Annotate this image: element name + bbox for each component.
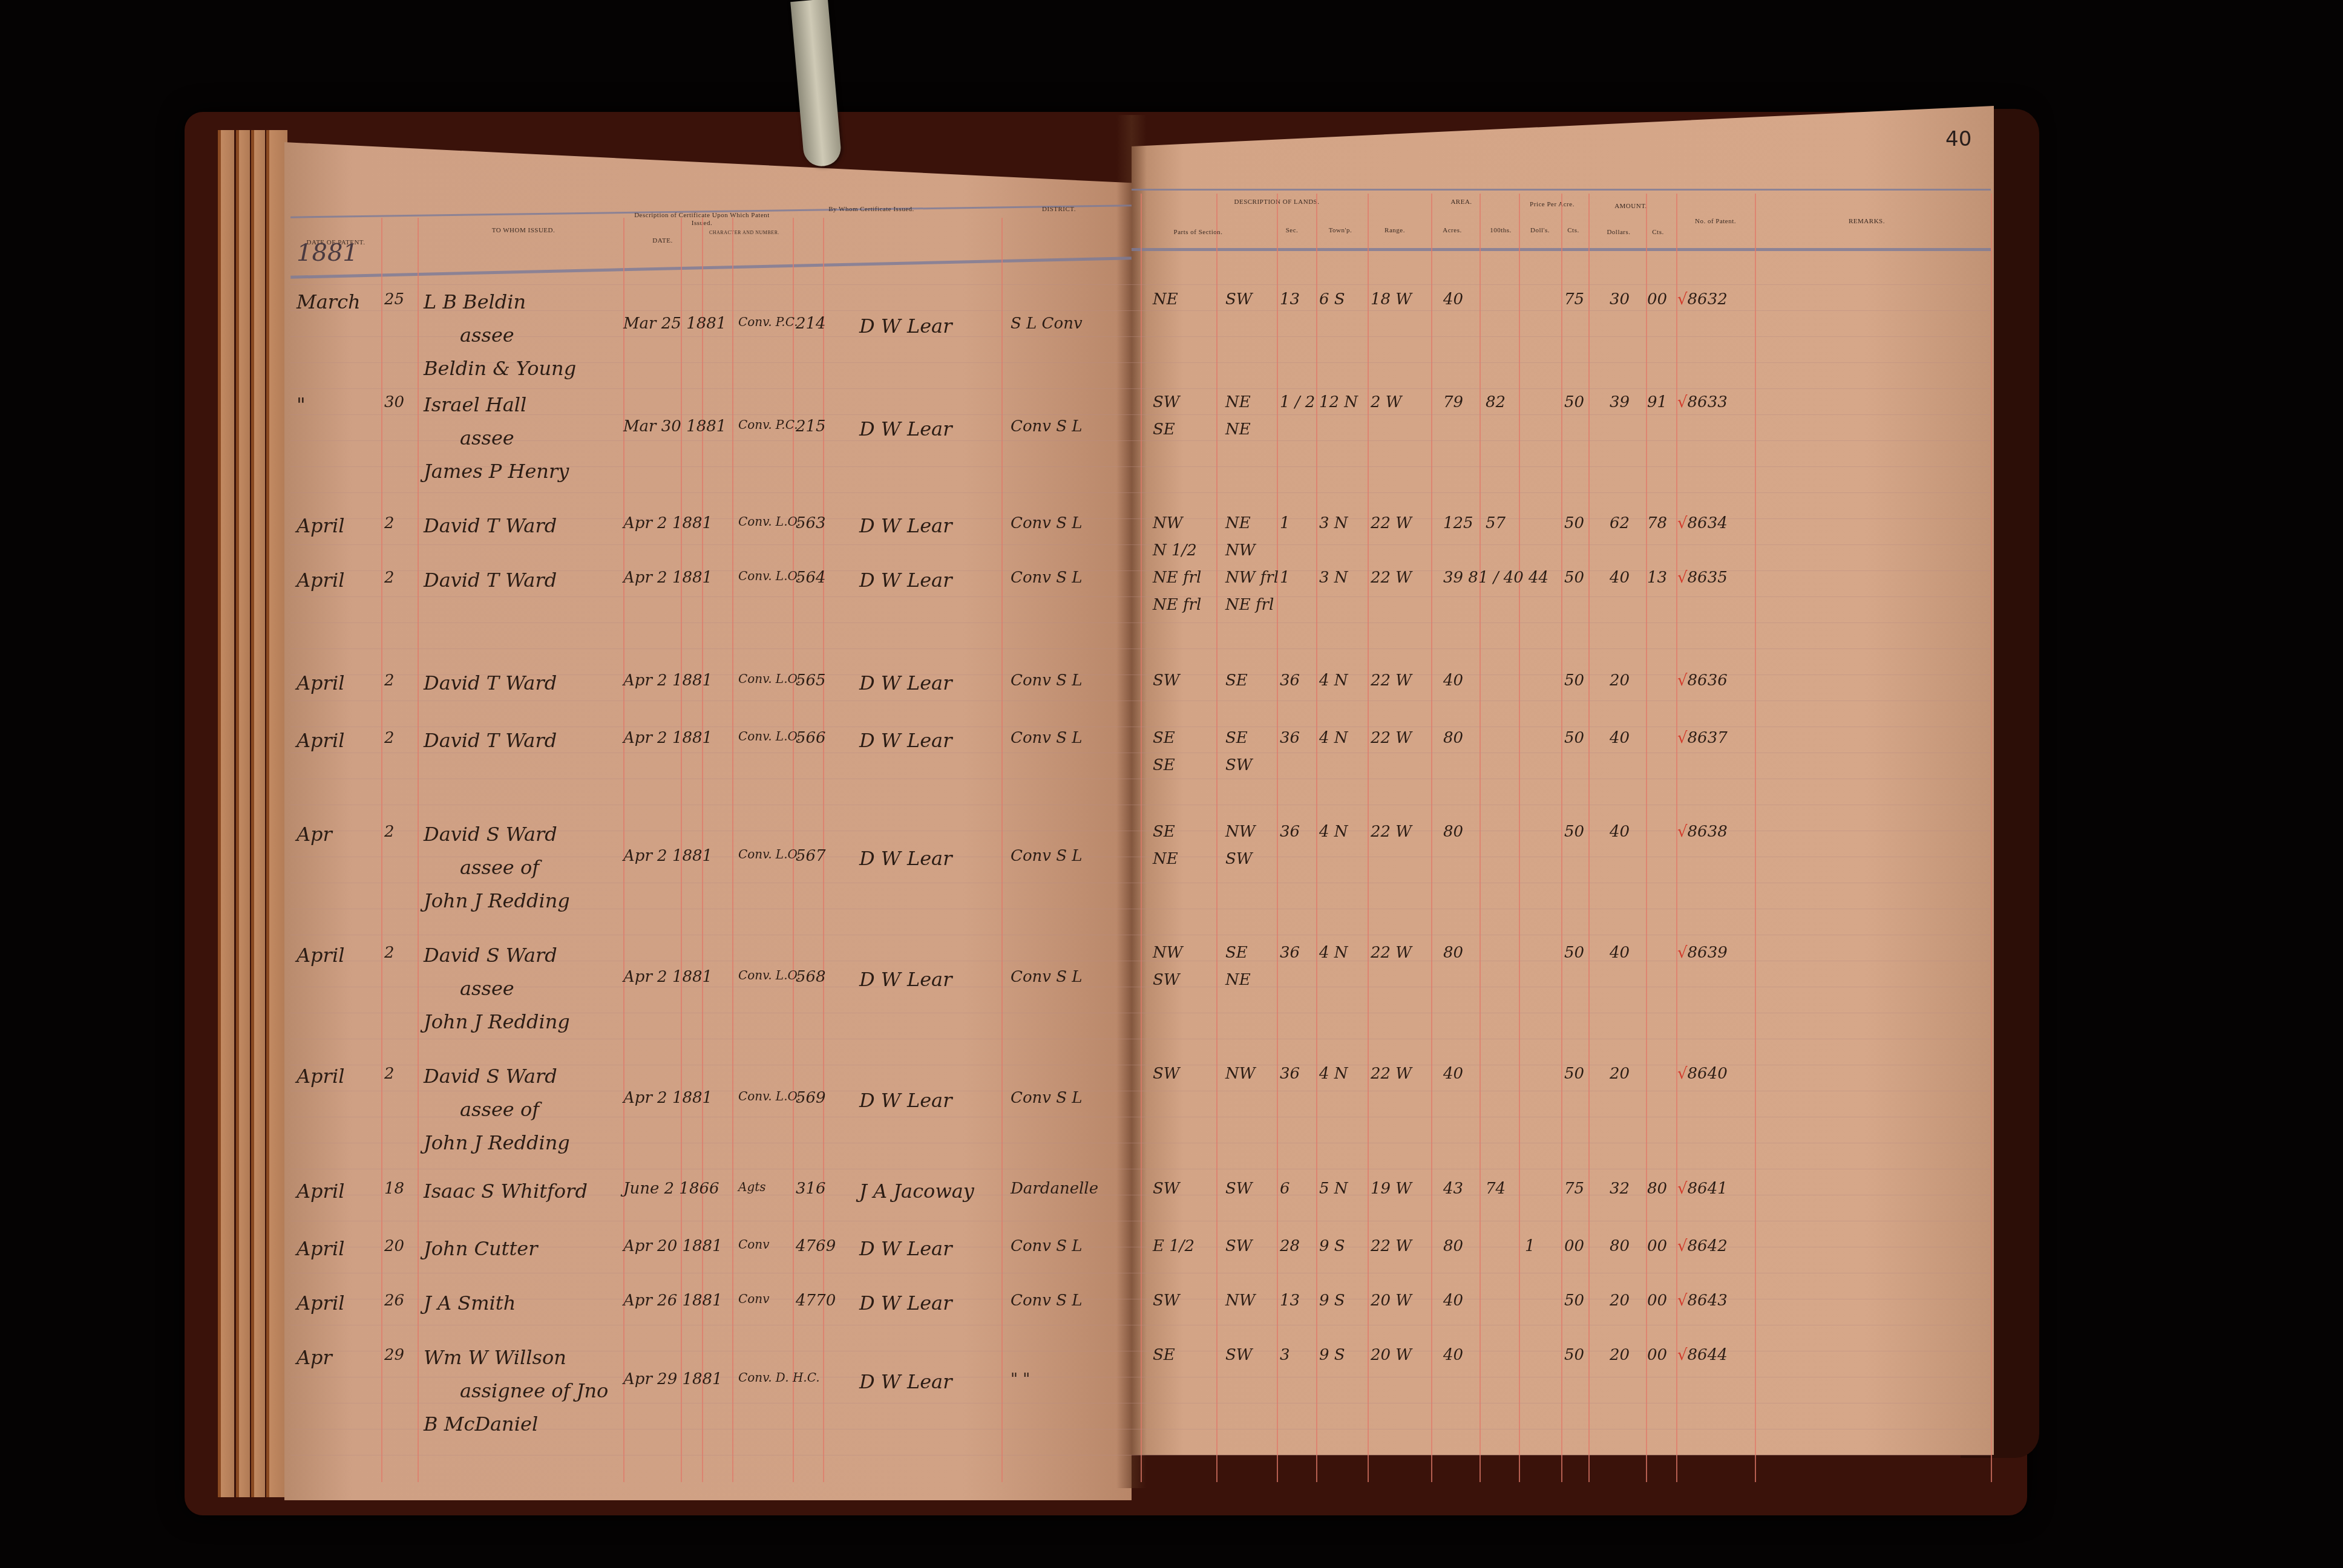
row-rule xyxy=(290,336,1991,337)
entry-section: 1 / 2 xyxy=(1280,393,1315,411)
row-rule xyxy=(290,648,1991,649)
column-rule xyxy=(1646,194,1647,1482)
entry-township: 4 N xyxy=(1319,823,1348,841)
column-rule xyxy=(1277,194,1278,1482)
entry-part-of-section: SE xyxy=(1153,756,1175,774)
entry-part-of-quarter: NW xyxy=(1225,1065,1255,1083)
row-rule xyxy=(290,935,1991,935)
entry-amount-dollars: 80 xyxy=(1610,1237,1630,1255)
entry-certificate-number: 567 xyxy=(796,847,826,865)
row-rule xyxy=(290,414,1991,415)
patent-number-text: 8633 xyxy=(1688,393,1728,411)
header-rule-top-right xyxy=(1132,189,1991,191)
entry-part-of-quarter: SW xyxy=(1225,1180,1253,1198)
row-rule xyxy=(290,544,1991,545)
row-rule xyxy=(290,779,1991,779)
row-rule xyxy=(290,1429,1991,1429)
entry-certificate-date: Mar 30 1881 xyxy=(623,417,726,436)
entry-by-whom: J A Jacoway xyxy=(859,1180,974,1203)
entry-acres-hundredths: 57 xyxy=(1486,514,1506,532)
entry-part-of-section: E 1/2 xyxy=(1153,1237,1194,1255)
entry-part-of-section: SW xyxy=(1153,1065,1180,1083)
entry-certificate-number: 215 xyxy=(796,417,826,436)
header-parts-of-section: Parts of Section. xyxy=(1138,229,1259,237)
patent-number-text: 8644 xyxy=(1688,1346,1728,1364)
entry-section: 13 xyxy=(1280,1292,1300,1310)
row-rule xyxy=(290,1455,1991,1455)
entry-township: 5 N xyxy=(1319,1180,1348,1198)
entry-month: April xyxy=(297,1065,344,1088)
entry-part-of-quarter: NE xyxy=(1225,971,1251,989)
column-rule xyxy=(1755,194,1756,1482)
entry-certificate-date: Apr 2 1881 xyxy=(623,968,712,986)
page-edge xyxy=(236,130,250,1497)
entry-part-of-quarter: NW xyxy=(1225,823,1255,841)
entry-district: Conv S L xyxy=(1011,847,1083,865)
entry-part-of-quarter: NW xyxy=(1225,1292,1255,1310)
header-amount-cents: Cts. xyxy=(1646,229,1670,237)
header-amount-dollars: Dollars. xyxy=(1591,229,1646,237)
entry-amount-dollars: 40 xyxy=(1610,823,1630,841)
entry-price-cents: 75 xyxy=(1564,1180,1584,1198)
entry-certificate-date: Apr 2 1881 xyxy=(623,729,712,747)
header-price-cents: Cts. xyxy=(1561,227,1585,235)
patent-number-text: 8639 xyxy=(1688,944,1728,962)
entry-price-cents: 50 xyxy=(1564,1346,1584,1364)
entry-amount-cents: 00 xyxy=(1647,1237,1667,1255)
entry-acres-hundredths: 82 xyxy=(1486,393,1506,411)
entry-price-cents: 75 xyxy=(1564,290,1584,309)
entry-range: 22 W xyxy=(1371,671,1412,690)
row-rule xyxy=(290,1091,1991,1091)
header-amount: AMOUNT. xyxy=(1591,203,1670,211)
entry-certificate-number: 565 xyxy=(796,671,826,690)
entry-certificate-character: Conv. L.O. xyxy=(738,1089,801,1103)
column-rule xyxy=(1519,194,1520,1482)
entry-certificate-character: Conv xyxy=(738,1237,770,1252)
entry-range: 22 W xyxy=(1371,944,1412,962)
entry-grantee: assee of xyxy=(460,856,539,879)
entry-part-of-quarter: SW xyxy=(1225,850,1253,868)
entry-patent-number: √8632 xyxy=(1677,290,1728,309)
header-price-per-acre: Price Per Acre. xyxy=(1522,201,1582,209)
entry-by-whom: D W Lear xyxy=(859,671,952,694)
entry-certificate-date: Apr 20 1881 xyxy=(623,1237,723,1255)
entry-by-whom: D W Lear xyxy=(859,514,952,537)
entry-grantee: assignee of Jno xyxy=(460,1379,608,1402)
entry-grantee: assee xyxy=(460,426,514,449)
patent-number-text: 8642 xyxy=(1688,1237,1728,1255)
entry-by-whom: D W Lear xyxy=(859,569,952,592)
row-rule xyxy=(290,622,1991,623)
entry-acres: 125 xyxy=(1443,514,1473,532)
entry-part-of-section: SW xyxy=(1153,671,1180,690)
entry-month: " xyxy=(297,393,306,416)
entry-certificate-character: Agts xyxy=(738,1180,766,1194)
row-rule xyxy=(290,1377,1991,1377)
check-mark-icon: √ xyxy=(1677,1237,1688,1255)
entry-by-whom: D W Lear xyxy=(859,1370,952,1393)
entry-month: April xyxy=(297,729,344,752)
entry-certificate-date: Apr 29 1881 xyxy=(623,1370,723,1388)
entry-part-of-section: SW xyxy=(1153,1180,1180,1198)
page-edge xyxy=(251,130,265,1497)
entry-certificate-character: Conv. L.O. xyxy=(738,569,801,583)
entry-township: 3 N xyxy=(1319,569,1348,587)
entry-part-of-quarter: NW frl xyxy=(1225,569,1279,587)
row-rule xyxy=(290,1169,1991,1169)
row-rule xyxy=(290,388,1991,389)
entry-part-of-section: SE xyxy=(1153,420,1175,439)
entry-certificate-date: Apr 2 1881 xyxy=(623,569,712,587)
entry-certificate-date: Apr 2 1881 xyxy=(623,671,712,690)
entry-acres: 80 xyxy=(1443,729,1463,747)
entry-day: 29 xyxy=(384,1346,404,1364)
column-rule xyxy=(381,218,382,1482)
entry-section: 36 xyxy=(1280,729,1300,747)
entry-part-of-quarter: SE xyxy=(1225,729,1248,747)
entry-grantee: John J Redding xyxy=(424,889,570,912)
entry-range: 22 W xyxy=(1371,1065,1412,1083)
entry-district: Conv S L xyxy=(1011,729,1083,747)
entry-certificate-date: Apr 2 1881 xyxy=(623,847,712,865)
header-acres: Acres. xyxy=(1428,227,1476,235)
patent-number-text: 8637 xyxy=(1688,729,1728,747)
entry-part-of-section: SW xyxy=(1153,971,1180,989)
entry-amount-cents: 00 xyxy=(1647,290,1667,309)
entry-by-whom: D W Lear xyxy=(859,1089,952,1112)
year-annotation: 1881 xyxy=(297,239,358,267)
entry-patent-number: √8642 xyxy=(1677,1237,1728,1255)
entry-grantee: B McDaniel xyxy=(424,1413,538,1436)
entry-price-cents: 50 xyxy=(1564,1065,1584,1083)
entry-part-of-quarter: SE xyxy=(1225,671,1248,690)
entry-certificate-character: Conv xyxy=(738,1292,770,1306)
entry-range: 20 W xyxy=(1371,1346,1412,1364)
row-rule xyxy=(290,284,1991,285)
entry-patent-number: √8633 xyxy=(1677,393,1728,411)
entry-day: 2 xyxy=(384,569,395,587)
entry-certificate-number: 4769 xyxy=(796,1237,836,1255)
column-rule xyxy=(1001,218,1003,1482)
check-mark-icon: √ xyxy=(1677,290,1688,309)
entry-month: April xyxy=(297,514,344,537)
patent-number-text: 8643 xyxy=(1688,1292,1728,1310)
entry-by-whom: D W Lear xyxy=(859,729,952,752)
entry-grantee: David S Ward xyxy=(424,823,557,846)
entry-month: Apr xyxy=(297,823,332,846)
entry-grantee: assee xyxy=(460,977,514,1000)
patent-number-text: 8635 xyxy=(1688,569,1728,587)
patent-number-text: 8640 xyxy=(1688,1065,1728,1083)
entry-patent-number: √8638 xyxy=(1677,823,1728,841)
entry-grantee: John J Redding xyxy=(424,1131,570,1154)
check-mark-icon: √ xyxy=(1677,393,1688,411)
entry-day: 2 xyxy=(384,729,395,747)
entry-by-whom: D W Lear xyxy=(859,847,952,870)
header-by-whom: By Whom Certificate Issued. xyxy=(799,206,944,214)
entry-section: 36 xyxy=(1280,671,1300,690)
entry-range: 2 W xyxy=(1371,393,1402,411)
patent-number-text: 8634 xyxy=(1688,514,1728,532)
row-rule xyxy=(290,727,1991,727)
entry-month: April xyxy=(297,569,344,592)
entry-grantee: David T Ward xyxy=(424,671,557,694)
entry-certificate-number: 214 xyxy=(796,315,826,333)
book-gutter xyxy=(1116,115,1147,1488)
check-mark-icon: √ xyxy=(1677,1065,1688,1083)
page-edge xyxy=(218,130,234,1497)
entry-township: 4 N xyxy=(1319,671,1348,690)
row-rule xyxy=(290,440,1991,441)
page-edge xyxy=(266,130,287,1497)
entry-township: 4 N xyxy=(1319,729,1348,747)
entry-certificate-number: 563 xyxy=(796,514,826,532)
header-remarks: REMARKS. xyxy=(1785,218,1948,226)
entry-month: April xyxy=(297,1180,344,1203)
entry-patent-number: √8635 xyxy=(1677,569,1728,587)
entry-amount-cents: 78 xyxy=(1647,514,1667,532)
entry-part-of-quarter: SE xyxy=(1225,944,1248,962)
entry-amount-dollars: 20 xyxy=(1610,1065,1630,1083)
entry-district: Conv S L xyxy=(1011,968,1083,986)
entry-section: 36 xyxy=(1280,1065,1300,1083)
row-rule xyxy=(290,1299,1991,1299)
entry-certificate-character: Conv. L.O. xyxy=(738,968,801,982)
entry-acres: 40 xyxy=(1443,1065,1463,1083)
entry-part-of-section: NE frl xyxy=(1153,569,1201,587)
entry-section: 6 xyxy=(1280,1180,1290,1198)
entry-range: 20 W xyxy=(1371,1292,1412,1310)
entry-grantee: David S Ward xyxy=(424,944,557,967)
header-price-dollars: Doll's. xyxy=(1522,227,1558,235)
header-hundredths: 100ths. xyxy=(1483,227,1519,235)
entry-certificate-character: Conv. P.C. xyxy=(738,417,798,432)
entry-part-of-quarter: SW xyxy=(1225,290,1253,309)
entry-patent-number: √8644 xyxy=(1677,1346,1728,1364)
entry-by-whom: D W Lear xyxy=(859,968,952,991)
entry-acres: 80 xyxy=(1443,823,1463,841)
entry-district: Conv S L xyxy=(1011,1089,1083,1107)
entry-certificate-number: 4770 xyxy=(796,1292,836,1310)
entry-day: 26 xyxy=(384,1292,404,1310)
entry-section: 36 xyxy=(1280,823,1300,841)
entry-day: 2 xyxy=(384,514,395,532)
row-rule xyxy=(290,1039,1991,1039)
entry-district: Conv S L xyxy=(1011,671,1083,690)
entry-part-of-section: NW xyxy=(1153,514,1182,532)
entry-district: Conv S L xyxy=(1011,1292,1083,1310)
entry-district: Conv S L xyxy=(1011,569,1083,587)
entry-amount-dollars: 40 xyxy=(1610,944,1630,962)
entry-amount-dollars: 20 xyxy=(1610,1346,1630,1364)
entry-range: 22 W xyxy=(1371,729,1412,747)
entry-amount-cents: 13 xyxy=(1647,569,1667,587)
right-page xyxy=(1132,106,1994,1455)
entry-section: 36 xyxy=(1280,944,1300,962)
entry-grantee: L B Beldin xyxy=(424,290,526,313)
entry-district: " " xyxy=(1011,1370,1030,1388)
entry-certificate-character: Conv. D. H.C. xyxy=(738,1370,820,1385)
entry-part-of-section: NE frl xyxy=(1153,596,1201,614)
column-rule xyxy=(1991,194,1992,1482)
entry-amount-cents: 00 xyxy=(1647,1346,1667,1364)
entry-day: 2 xyxy=(384,1065,395,1083)
row-rule xyxy=(290,596,1991,597)
check-mark-icon: √ xyxy=(1677,1346,1688,1364)
entry-acres: 40 xyxy=(1443,1292,1463,1310)
column-rule xyxy=(1431,194,1432,1482)
entry-amount-dollars: 62 xyxy=(1610,514,1630,532)
entry-price-cents: 50 xyxy=(1564,569,1584,587)
check-mark-icon: √ xyxy=(1677,729,1688,747)
entry-amount-dollars: 30 xyxy=(1610,290,1630,309)
column-rule xyxy=(1480,194,1481,1482)
entry-part-of-quarter: SW xyxy=(1225,1237,1253,1255)
column-rule xyxy=(732,218,733,1482)
entry-range: 22 W xyxy=(1371,1237,1412,1255)
entry-grantee: David T Ward xyxy=(424,729,557,752)
entry-grantee: John J Redding xyxy=(424,1010,570,1033)
check-mark-icon: √ xyxy=(1677,671,1688,690)
entry-month: April xyxy=(297,1292,344,1315)
entry-by-whom: D W Lear xyxy=(859,417,952,440)
entry-amount-cents: 00 xyxy=(1647,1292,1667,1310)
header-township: Town'p. xyxy=(1316,227,1365,235)
entry-day: 25 xyxy=(384,290,404,309)
entry-day: 20 xyxy=(384,1237,404,1255)
entry-certificate-number: 568 xyxy=(796,968,826,986)
entry-grantee: John Cutter xyxy=(424,1237,538,1260)
row-rule xyxy=(290,310,1991,311)
entry-certificate-date: Apr 2 1881 xyxy=(623,1089,712,1107)
entry-amount-dollars: 32 xyxy=(1610,1180,1630,1198)
check-mark-icon: √ xyxy=(1677,823,1688,841)
header-no-of-patent: No. of Patent. xyxy=(1676,218,1755,226)
entry-grantee: Isaac S Whitford xyxy=(424,1180,588,1203)
entry-month: March xyxy=(297,290,361,313)
entry-section: 28 xyxy=(1280,1237,1300,1255)
entry-township: 6 S xyxy=(1319,290,1345,309)
entry-district: Dardanelle xyxy=(1011,1180,1098,1198)
entry-month: April xyxy=(297,671,344,694)
entry-range: 18 W xyxy=(1371,290,1412,309)
entry-range: 19 W xyxy=(1371,1180,1412,1198)
entry-district: Conv S L xyxy=(1011,1237,1083,1255)
row-rule xyxy=(290,805,1991,805)
entry-amount-cents: 80 xyxy=(1647,1180,1667,1198)
entry-certificate-number: 564 xyxy=(796,569,826,587)
entry-certificate-number: 566 xyxy=(796,729,826,747)
entry-day: 2 xyxy=(384,944,395,962)
row-rule xyxy=(290,857,1991,857)
row-rule xyxy=(290,1247,1991,1247)
entry-acres: 39 81 / 40 44 xyxy=(1443,569,1548,587)
entry-patent-number: √8643 xyxy=(1677,1292,1728,1310)
entry-section: 13 xyxy=(1280,290,1300,309)
entry-range: 22 W xyxy=(1371,569,1412,587)
entry-acres: 43 xyxy=(1443,1180,1463,1198)
column-rule xyxy=(1141,194,1142,1482)
entry-month: April xyxy=(297,1237,344,1260)
column-rule xyxy=(1588,194,1590,1482)
column-rule xyxy=(1316,194,1317,1482)
check-mark-icon: √ xyxy=(1677,1292,1688,1310)
entry-certificate-character: Conv. L.O. xyxy=(738,514,801,529)
entry-certificate-character: Conv. L.O. xyxy=(738,671,801,686)
entry-acres: 80 xyxy=(1443,1237,1463,1255)
entry-acres: 40 xyxy=(1443,671,1463,690)
entry-amount-dollars: 40 xyxy=(1610,569,1630,587)
entry-section: 1 xyxy=(1280,514,1290,532)
entry-grantee: James P Henry xyxy=(424,460,569,483)
entry-part-of-section: SE xyxy=(1153,729,1175,747)
check-mark-icon: √ xyxy=(1677,514,1688,532)
entry-part-of-quarter: NW xyxy=(1225,541,1255,560)
entry-grantee: David T Ward xyxy=(424,514,557,537)
entry-price-cents: 50 xyxy=(1564,514,1584,532)
patent-number-text: 8636 xyxy=(1688,671,1728,690)
entry-certificate-character: Conv. P.C. xyxy=(738,315,798,329)
entry-certificate-character: Conv. L.O. xyxy=(738,847,801,861)
entry-patent-number: √8640 xyxy=(1677,1065,1728,1083)
entry-district: Conv S L xyxy=(1011,417,1083,436)
entry-part-of-section: SE xyxy=(1153,823,1175,841)
entry-part-of-section: NE xyxy=(1153,290,1178,309)
entry-price-cents: 50 xyxy=(1564,671,1584,690)
entry-acres-hundredths: 74 xyxy=(1486,1180,1506,1198)
entry-price-cents: 50 xyxy=(1564,944,1584,962)
header-to-whom-issued: TO WHOM ISSUED. xyxy=(424,227,623,235)
entry-amount-dollars: 40 xyxy=(1610,729,1630,747)
entry-part-of-quarter: NE xyxy=(1225,393,1251,411)
check-mark-icon: √ xyxy=(1677,944,1688,962)
entry-day: 18 xyxy=(384,1180,404,1198)
entry-certificate-date: Apr 2 1881 xyxy=(623,514,712,532)
row-rule xyxy=(290,1117,1991,1117)
entry-grantee: J A Smith xyxy=(424,1292,516,1315)
row-rule xyxy=(290,701,1991,701)
entry-part-of-section: SW xyxy=(1153,393,1180,411)
entry-part-of-section: SE xyxy=(1153,1346,1175,1364)
entry-part-of-quarter: SW xyxy=(1225,1346,1253,1364)
entry-certificate-character: Conv. L.O. xyxy=(738,729,801,743)
entry-amount-cents: 91 xyxy=(1647,393,1667,411)
entry-range: 22 W xyxy=(1371,823,1412,841)
entry-section: 1 xyxy=(1280,569,1290,587)
entry-by-whom: D W Lear xyxy=(859,1292,952,1315)
entry-month: April xyxy=(297,944,344,967)
entry-price-cents: 00 xyxy=(1564,1237,1584,1255)
entry-part-of-quarter: NE xyxy=(1225,514,1251,532)
entry-township: 3 N xyxy=(1319,514,1348,532)
row-rule xyxy=(290,1325,1991,1325)
entry-day: 2 xyxy=(384,823,395,841)
entry-district: Conv S L xyxy=(1011,514,1083,532)
entry-grantee: assee xyxy=(460,324,514,347)
row-rule xyxy=(290,987,1991,987)
patent-number-text: 8632 xyxy=(1688,290,1728,309)
entry-patent-number: √8637 xyxy=(1677,729,1728,747)
entry-patent-number: √8641 xyxy=(1677,1180,1728,1198)
entry-part-of-section: N 1/2 xyxy=(1153,541,1197,560)
entry-part-of-section: NE xyxy=(1153,850,1178,868)
entry-acres: 79 xyxy=(1443,393,1463,411)
row-rule xyxy=(290,1221,1991,1221)
entry-grantee: Beldin & Young xyxy=(424,357,576,380)
entry-township: 9 S xyxy=(1319,1346,1345,1364)
entry-part-of-section: NW xyxy=(1153,944,1182,962)
